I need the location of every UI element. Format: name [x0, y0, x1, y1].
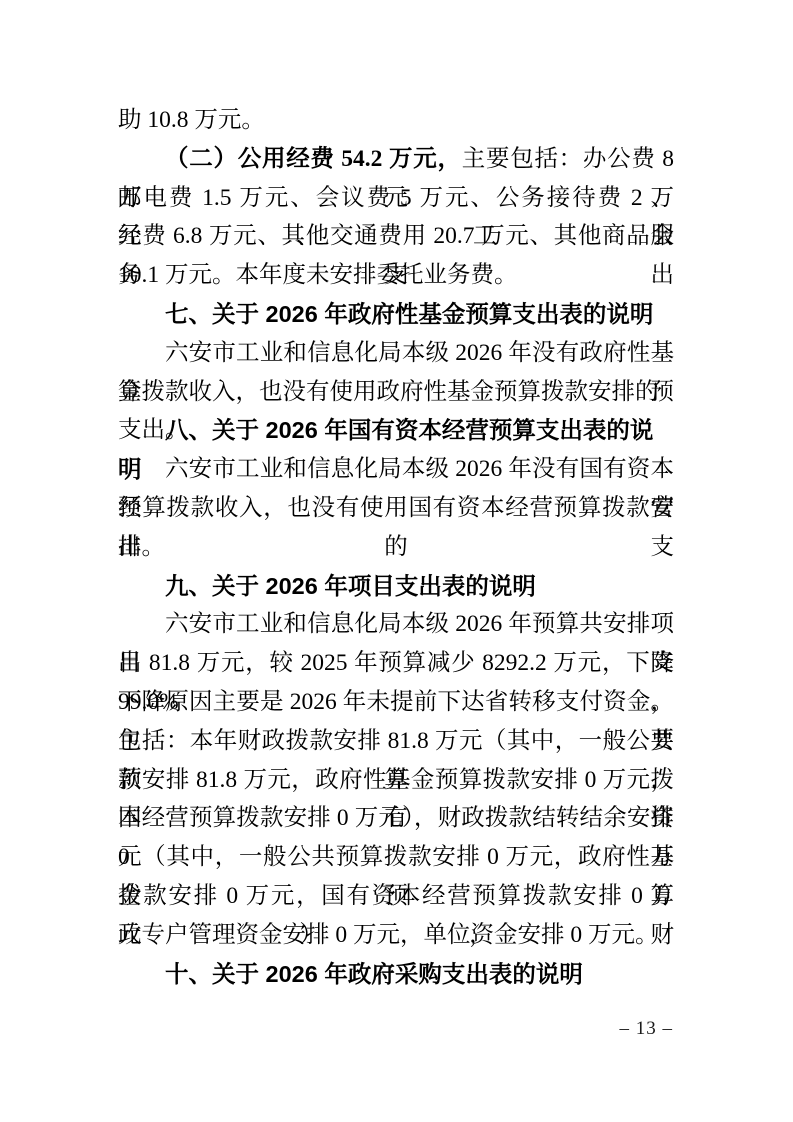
body-line: 算拨款收入，也没有使用政府性基金预算拨款安排的支出。 — [118, 373, 674, 412]
document-content: 助 10.8 万元。 （二）公用经费 54.2 万元，主要包括：办公费 8 万元… — [118, 101, 674, 993]
paragraph-lead-bold: （二）公用经费 54.2 万元， — [165, 146, 462, 172]
body-line: 本经营预算拨款安排 0 万元），财政拨款结转结余安排 0 万 — [118, 799, 674, 838]
paragraph-public-expense: （二）公用经费 54.2 万元，主要包括：办公费 8 万元、 邮电费 1.5 万… — [118, 140, 674, 295]
body-line: 政专户管理资金安排 0 万元，单位资金安排 0 万元。 — [118, 916, 674, 955]
body-line: 出 81.8 万元，较 2025 年预算减少 8292.2 万元，下降 99.0… — [118, 644, 674, 683]
section-heading-8: 八、关于 2026 年国有资本经营预算支出表的说明 — [118, 411, 674, 450]
section-heading-7: 七、关于 2026 年政府性基金预算支出表的说明 — [118, 295, 674, 334]
body-line: 款安排 81.8 万元，政府性基金预算拨款安排 0 万元，国有资 — [118, 761, 674, 800]
section-8: 八、关于 2026 年国有资本经营预算支出表的说明 六安市工业和信息化局本级 2… — [118, 411, 674, 566]
body-line: 拨款安排 0 万元，国有资本经营预算拨款安排 0 万元），财 — [118, 877, 674, 916]
body-line: 下降原因主要是 2026 年未提前下达省转移支付资金。主要 — [118, 683, 674, 722]
body-line: 六安市工业和信息化局本级 2026 年没有政府性基金预 — [118, 334, 674, 373]
body-line: 元（其中，一般公共预算拨款安排 0 万元，政府性基金预算 — [118, 838, 674, 877]
body-line: （二）公用经费 54.2 万元，主要包括：办公费 8 万元、 — [118, 140, 674, 179]
body-line: 包括：本年财政拨款安排 81.8 万元（其中，一般公共预算拨 — [118, 722, 674, 761]
page-number: – 13 – — [620, 1017, 674, 1041]
body-line: 预算拨款收入，也没有使用国有资本经营预算拨款安排的支 — [118, 489, 674, 528]
body-line: 邮电费 1.5 万元、会议费 5 万元、公务接待费 2 万元、工会 — [118, 179, 674, 218]
section-7: 七、关于 2026 年政府性基金预算支出表的说明 六安市工业和信息化局本级 20… — [118, 295, 674, 411]
section-heading-10: 十、关于 2026 年政府采购支出表的说明 — [118, 955, 674, 994]
body-line: 六安市工业和信息化局本级 2026 年预算共安排项目支 — [118, 605, 674, 644]
section-9: 九、关于 2026 年项目支出表的说明 六安市工业和信息化局本级 2026 年预… — [118, 567, 674, 955]
body-line: 经费 6.8 万元、其他交通费用 20.7 万元、其他商品服务支出 — [118, 217, 674, 256]
section-heading-9: 九、关于 2026 年项目支出表的说明 — [118, 567, 674, 606]
body-line: 六安市工业和信息化局本级 2026 年没有国有资本经营 — [118, 450, 674, 489]
body-line: 助 10.8 万元。 — [118, 101, 674, 140]
document-page: 助 10.8 万元。 （二）公用经费 54.2 万元，主要包括：办公费 8 万元… — [0, 0, 793, 1122]
section-10: 十、关于 2026 年政府采购支出表的说明 — [118, 955, 674, 994]
paragraph-carry-over: 助 10.8 万元。 — [118, 101, 674, 140]
